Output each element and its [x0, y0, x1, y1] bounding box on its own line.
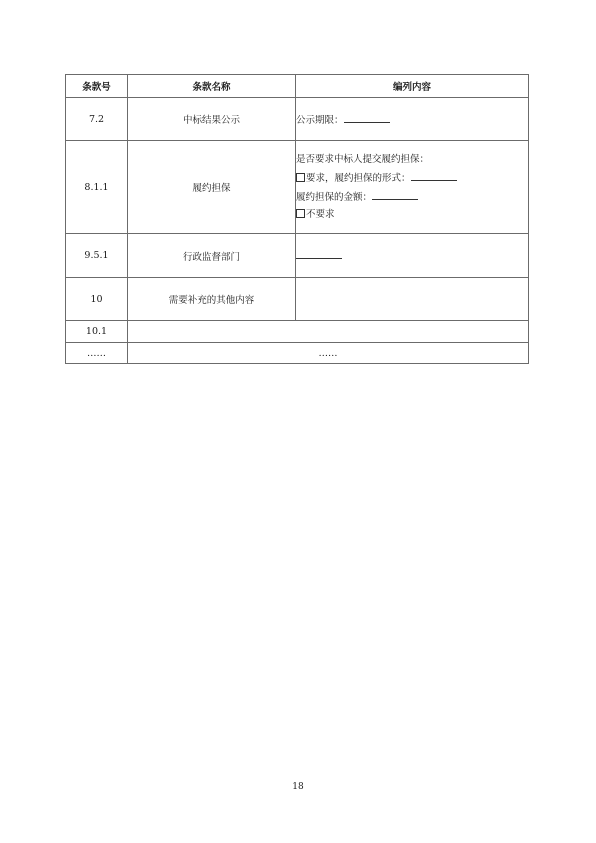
header-clause-number: 条款号 [66, 75, 128, 98]
clause-name: 中标结果公示 [128, 98, 296, 141]
clause-number: 8.1.1 [66, 141, 128, 234]
publicity-period-label: 公示期限： [296, 115, 344, 126]
clause-number: 9.5.1 [66, 234, 128, 278]
clause-content: 公示期限： [296, 98, 529, 141]
merged-content: …… [128, 343, 529, 364]
guarantee-amount: 履约担保的金额： [296, 190, 528, 204]
page-number: 18 [0, 782, 596, 792]
table-header-row: 条款号 条款名称 编列内容 [66, 75, 529, 98]
guarantee-amount-blank[interactable] [372, 190, 418, 200]
clause-table: 条款号 条款名称 编列内容 7.2 中标结果公示 公示期限： 8.1.1 履约担… [65, 74, 529, 364]
clause-content: 是否要求中标人提交履约担保： 要求，履约担保的形式： 履约担保的金额： 不要求 [296, 141, 529, 234]
clause-name: 需要补充的其他内容 [128, 278, 296, 321]
table-row: 8.1.1 履约担保 是否要求中标人提交履约担保： 要求，履约担保的形式： 履约… [66, 141, 529, 234]
supervision-dept-blank[interactable] [296, 249, 342, 259]
header-content: 编列内容 [296, 75, 529, 98]
merged-content [128, 321, 529, 343]
clause-name: 行政监督部门 [128, 234, 296, 278]
table-row: 10 需要补充的其他内容 [66, 278, 529, 321]
table-row: 9.5.1 行政监督部门 [66, 234, 529, 278]
clause-name: 履约担保 [128, 141, 296, 234]
header-clause-name: 条款名称 [128, 75, 296, 98]
table-row: 7.2 中标结果公示 公示期限： [66, 98, 529, 141]
guarantee-require-option: 要求，履约担保的形式： [296, 171, 528, 185]
clause-number: …… [66, 343, 128, 364]
guarantee-form-blank[interactable] [411, 171, 457, 181]
publicity-period-blank[interactable] [344, 113, 390, 123]
guarantee-not-require-option: 不要求 [296, 209, 528, 221]
checkbox-icon[interactable] [296, 209, 305, 218]
clause-content [296, 278, 529, 321]
clause-number: 7.2 [66, 98, 128, 141]
guarantee-question: 是否要求中标人提交履约担保： [296, 154, 528, 166]
checkbox-icon[interactable] [296, 173, 305, 182]
clause-number: 10 [66, 278, 128, 321]
clause-content [296, 234, 529, 278]
table-row: 10.1 [66, 321, 529, 343]
clause-number: 10.1 [66, 321, 128, 343]
table-row: …… …… [66, 343, 529, 364]
